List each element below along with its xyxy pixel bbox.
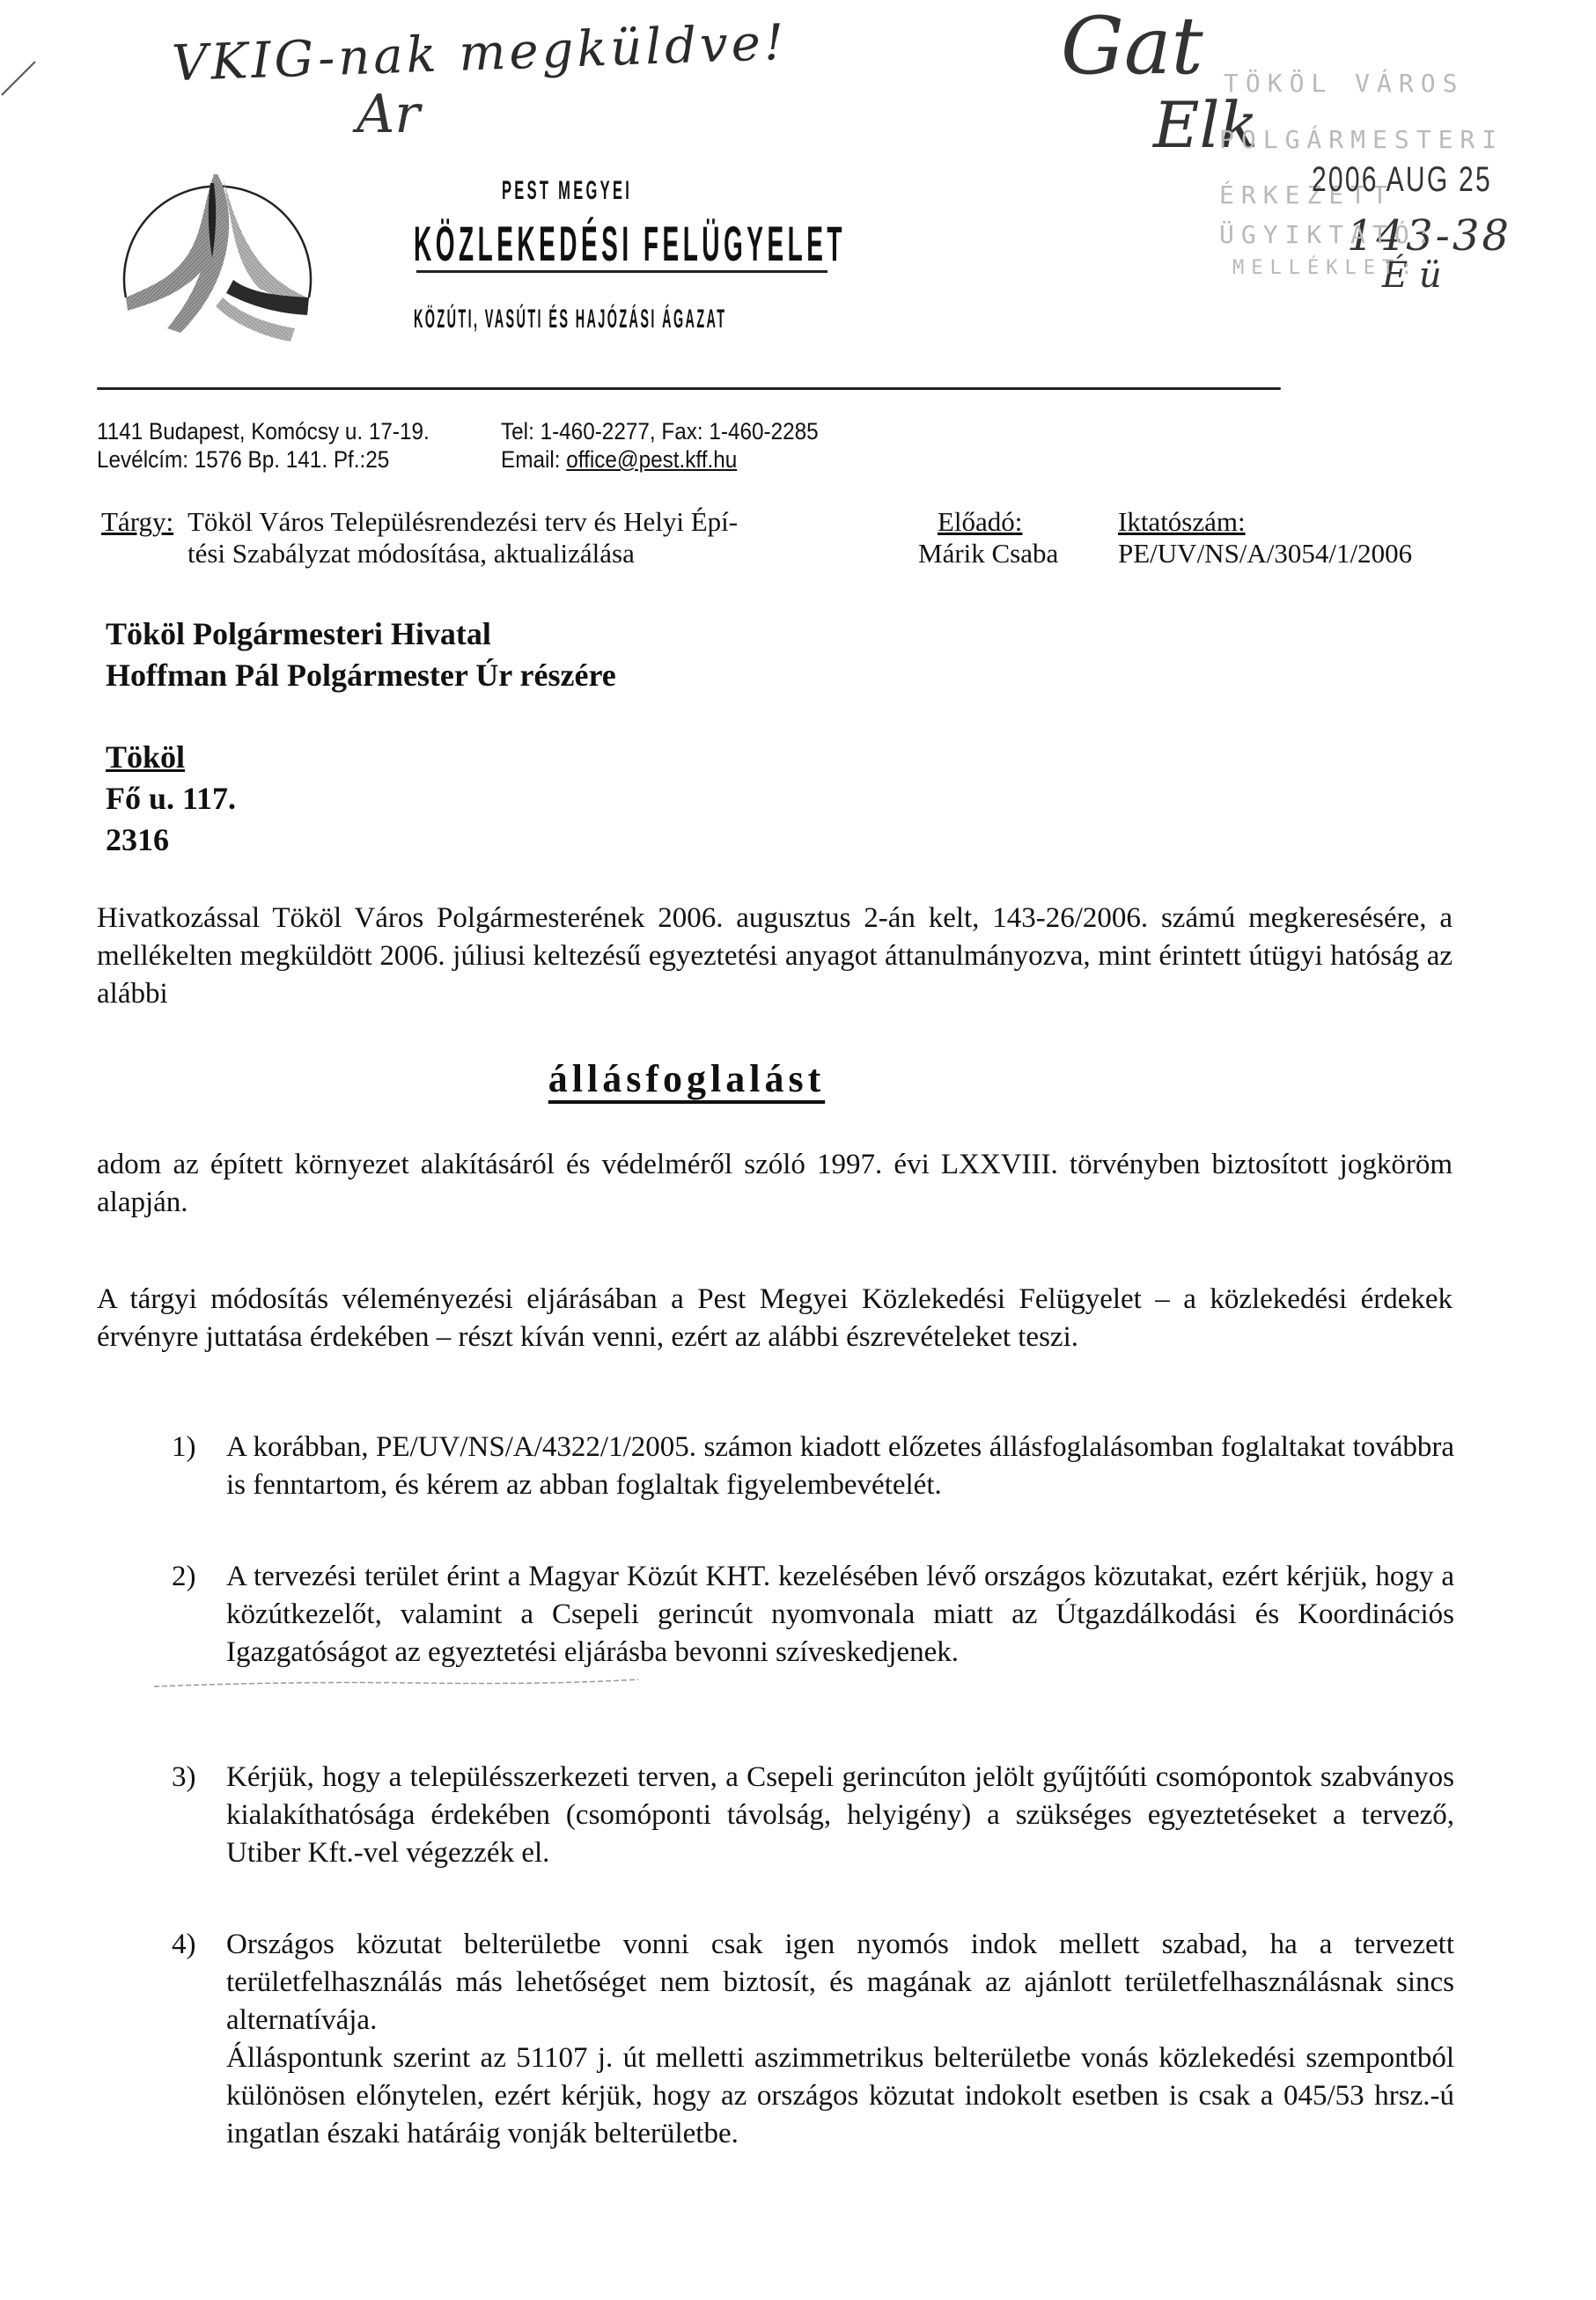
subject-line: tési Szabályzat módosítása, aktualizálás… bbox=[188, 538, 738, 569]
agency-logo-icon bbox=[119, 165, 317, 342]
margin-scribble-mark bbox=[0, 44, 79, 97]
list-item-text: Országos közutat belterületbe vonni csak… bbox=[226, 1926, 1454, 2153]
letterhead-agency-name: KÖZLEKEDÉSI FELÜGYELET bbox=[414, 215, 846, 272]
email-row: Email: office@pest.kff.hu bbox=[501, 446, 737, 474]
presenter-name: Márik Csaba bbox=[918, 538, 1058, 569]
email-link[interactable]: office@pest.kff.hu bbox=[566, 446, 737, 473]
participation-paragraph: A tárgyi módosítás véleményezési eljárás… bbox=[97, 1281, 1453, 1356]
list-item-paragraph: Országos közutat belterületbe vonni csak… bbox=[226, 1926, 1454, 2039]
presenter-label: Előadó: bbox=[938, 506, 1022, 538]
subject-label: Tárgy: bbox=[101, 506, 173, 538]
street-address: 1141 Budapest, Komócsy u. 17-19. bbox=[97, 418, 430, 445]
contact-postal-row: Levélcím: 1576 Bp. 141. Pf.:25 Email: of… bbox=[97, 446, 389, 474]
list-item-paragraph: Álláspontunk szerint az 51107 j. út mell… bbox=[226, 2039, 1454, 2153]
recipient-person: Hoffman Pál Polgármester Úr részére bbox=[106, 655, 616, 696]
list-item-number: 1) bbox=[172, 1429, 196, 1466]
email-label: Email: bbox=[501, 446, 566, 473]
list-item-text: A korábban, PE/UV/NS/A/4322/1/2005. szám… bbox=[226, 1429, 1454, 1504]
document-heading: állásfoglalást bbox=[246, 1056, 1127, 1101]
letterhead-division: KÖZÚTI, VASÚTI ÉS HAJÓZÁSI ÁGAZAT bbox=[414, 305, 726, 334]
letterhead-rule bbox=[416, 270, 827, 273]
letterhead-county: PEST MEGYEI bbox=[502, 176, 632, 206]
stamp-line: POLGÁRMESTERI bbox=[1219, 125, 1504, 154]
header-divider bbox=[97, 387, 1281, 390]
registration-label: Iktatószám: bbox=[1118, 506, 1246, 538]
stamp-line: TÖKÖL VÁROS bbox=[1224, 69, 1464, 98]
handwritten-signature-top: Gat bbox=[1061, 0, 1203, 92]
list-item-number: 2) bbox=[172, 1558, 196, 1596]
stamp-date: 2006 AUG 25 bbox=[1312, 160, 1492, 200]
stamp-line: MELLÉKLET: bbox=[1232, 257, 1419, 279]
list-item-text: Kérjük, hogy a településszerkezeti terve… bbox=[226, 1759, 1454, 1872]
contact-address-row: 1141 Budapest, Komócsy u. 17-19. Tel: 1-… bbox=[97, 418, 430, 445]
recipient-street: Fő u. 117. bbox=[106, 778, 236, 819]
registration-number: PE/UV/NS/A/3054/1/2006 bbox=[1118, 538, 1412, 569]
subject-line: Tököl Város Településrendezési terv és H… bbox=[188, 506, 738, 538]
handwritten-note: VKIG-nak megküldve! bbox=[171, 14, 788, 92]
pencil-underline-mark bbox=[154, 1678, 638, 1690]
list-item-number: 3) bbox=[172, 1759, 196, 1797]
list-item-number: 4) bbox=[172, 1926, 196, 1964]
phone-fax: Tel: 1-460-2277, Fax: 1-460-2285 bbox=[501, 418, 819, 445]
recipient-office: Tököl Polgármesteri Hivatal bbox=[106, 614, 491, 655]
list-item-text: A tervezési terület érint a Magyar Közút… bbox=[226, 1558, 1454, 1672]
recipient-zip: 2316 bbox=[106, 819, 169, 861]
legal-basis-paragraph: adom az épített környezet alakításáról é… bbox=[97, 1146, 1453, 1222]
stamp-line: ÜGYIKTATÓ: bbox=[1219, 220, 1438, 249]
recipient-city: Tököl bbox=[106, 737, 185, 778]
subject-text: Tököl Város Településrendezési terv és H… bbox=[188, 506, 738, 569]
postal-address: Levélcím: 1576 Bp. 141. Pf.:25 bbox=[97, 446, 389, 473]
handwritten-initial: Ar bbox=[357, 84, 420, 145]
intro-paragraph: Hivatkozással Tököl Város Polgármesterén… bbox=[97, 900, 1453, 1013]
